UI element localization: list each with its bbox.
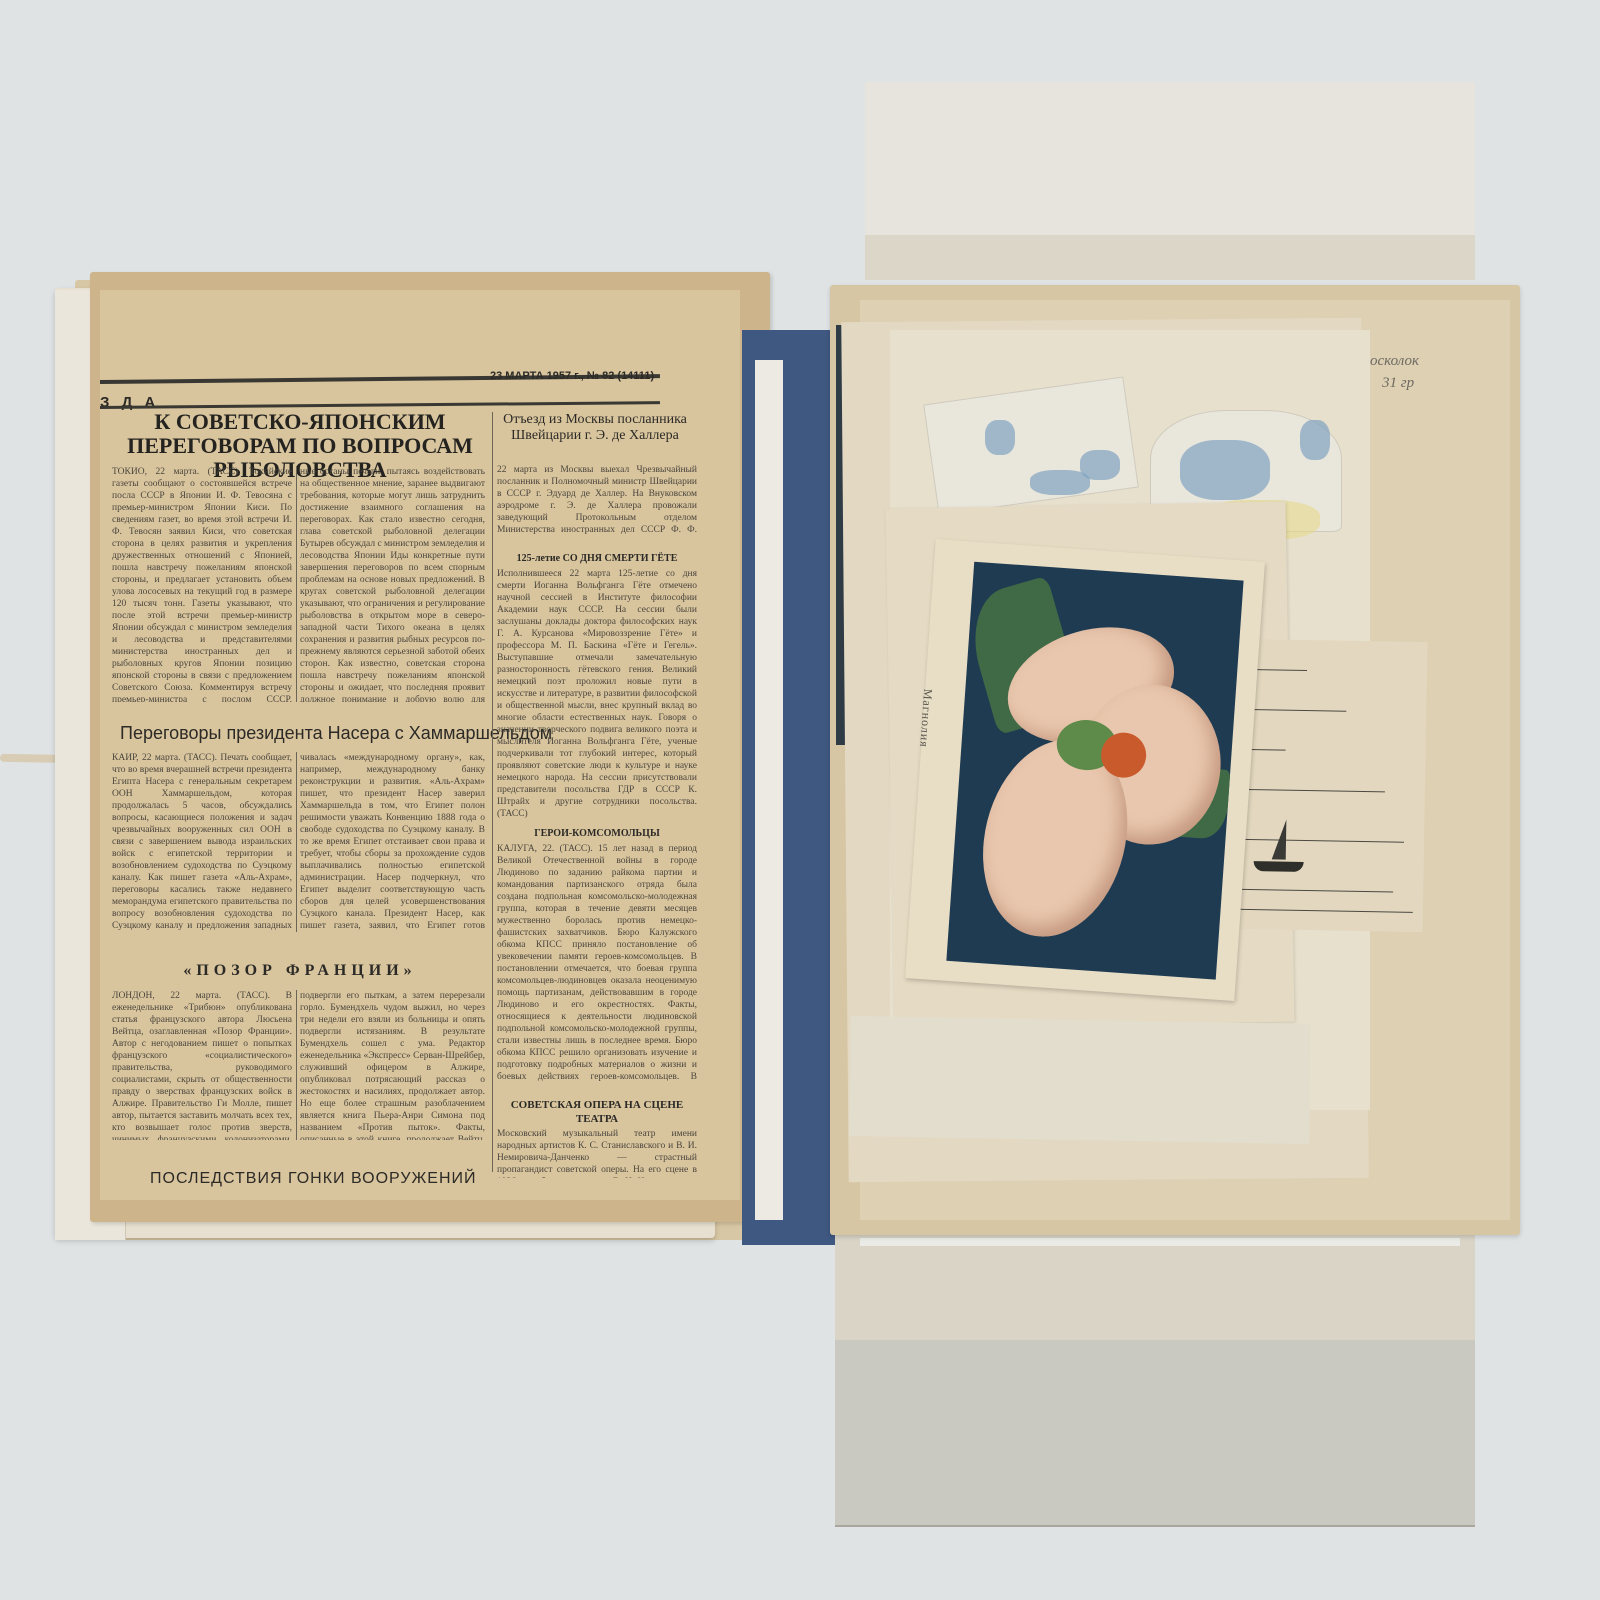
- column-rule: [296, 990, 297, 1140]
- column-rule: [492, 412, 493, 1172]
- article-body: чивалась «международному органу», как, н…: [300, 752, 485, 932]
- article-body: Московский музыкальный театр имени народ…: [497, 1128, 697, 1178]
- article-body: ные органы печати, пытаясь воздействоват…: [300, 466, 485, 702]
- article-headline: ГЕРОИ-КОМСОМОЛЬЦЫ: [497, 828, 697, 839]
- top-flap-fold: [865, 235, 1475, 280]
- plastic-sleeve-edge: [860, 1238, 1460, 1246]
- article-headline: СОВЕТСКАЯ ОПЕРА НА СЦЕНЕ ТЕАТРА: [497, 1098, 697, 1126]
- bottom-flap-fold: [835, 1235, 1475, 1340]
- article-headline: Отъезд из Москвы посланника Швейцарии г.…: [495, 412, 695, 444]
- article-headline: 125-летие СО ДНЯ СМЕРТИ ГЁТЕ: [497, 553, 697, 564]
- article-body: ТОКИО, 22 марта. (ТАСС). Токийские газет…: [112, 466, 292, 702]
- handwritten-line: осколок: [1370, 350, 1419, 372]
- flower-background: [946, 562, 1243, 980]
- article-body: 22 марта из Москвы выехал Чрезвычайный п…: [497, 464, 697, 536]
- crumpled-lower-sheet: [849, 1016, 1311, 1144]
- handwritten-line: 31 гр: [1370, 372, 1419, 394]
- spine-white-sheet: [755, 360, 783, 1220]
- handwritten-note: осколок 31 гр: [1370, 350, 1419, 394]
- article-body: ЛОНДОН, 22 марта. (ТАСС). В еженедельник…: [112, 990, 292, 1140]
- newspaper-dateline: 23 МАРТА 1957 г., № 82 (14111): [490, 370, 654, 382]
- article-body: Исполнившееся 22 марта 125-летие со дня …: [497, 568, 697, 818]
- article-headline: Переговоры президента Насера с Хаммаршел…: [120, 723, 552, 744]
- magnolia-postcard: Магнолия: [905, 539, 1265, 1001]
- column-rule: [296, 752, 297, 932]
- article-headline: «ПОЗОР ФРАНЦИИ»: [110, 962, 490, 980]
- bottom-headline: ПОСЛЕДСТВИЯ ГОНКИ ВООРУЖЕНИЙ: [150, 1170, 477, 1188]
- top-folder-flap: [865, 82, 1475, 247]
- bottom-folder-flap: [835, 1340, 1475, 1527]
- flower-card-label: Магнолия: [916, 688, 935, 748]
- sail-icon: [1272, 819, 1287, 859]
- article-body: КАЛУГА, 22. (ТАСС). 15 лет назад в перио…: [497, 843, 697, 1083]
- boat-hull: [1253, 861, 1303, 872]
- column-rule: [296, 466, 297, 702]
- article-body: подвергли его пыткам, а затем перерезали…: [300, 990, 485, 1140]
- article-body: КАИР, 22 марта. (ТАСС). Печать сообщает,…: [112, 752, 292, 932]
